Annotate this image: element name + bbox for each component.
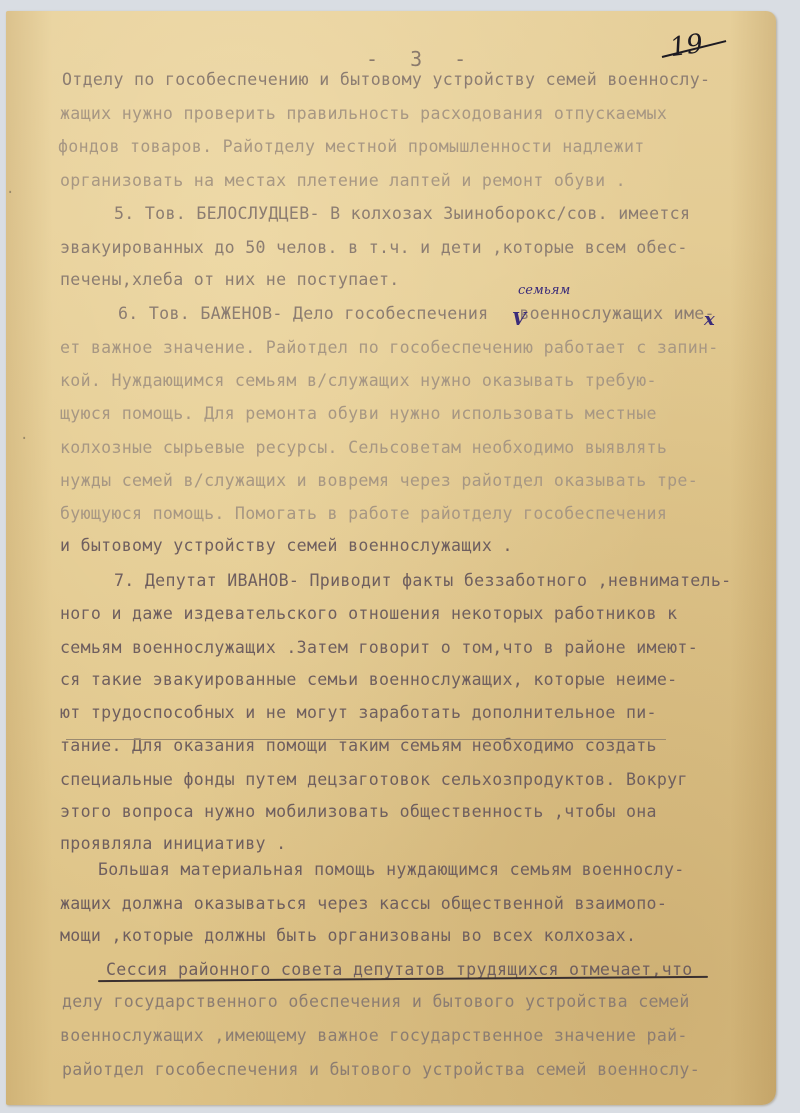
typed-line: военнослужащих ,имеющему важное государс… xyxy=(60,1026,688,1045)
document-page: 19 - 3 - Отделу по гособеспечению и быто… xyxy=(6,11,776,1105)
correction-mark: х xyxy=(704,309,715,330)
typed-line: фондов товаров. Райотделу местной промыш… xyxy=(58,137,645,156)
typed-line: семьям военнослужащих .Затем говорит о т… xyxy=(60,638,698,657)
typed-line: кой. Нуждающимся семьям в/служащих нужно… xyxy=(60,371,657,390)
typed-line: организовать на местах плетение лаптей и… xyxy=(60,171,626,190)
typed-line: специальные фонды путем децзаготовок сел… xyxy=(60,770,688,789)
insertion-caret-mark: V xyxy=(512,309,526,330)
typed-line: жащих нужно проверить правильность расхо… xyxy=(60,104,667,123)
typed-line: щуюся помощь. Для ремонта обуви нужно ис… xyxy=(60,404,657,423)
typed-line: райотдел гособеспечения и бытового устро… xyxy=(62,1060,700,1079)
typed-line: ет важное значение. Райотдел по гособесп… xyxy=(60,338,719,357)
typed-line: проявляла инициативу . xyxy=(60,834,286,853)
typed-line: ют трудоспособных и не могут заработать … xyxy=(60,703,657,722)
pencil-underline xyxy=(66,739,666,740)
typed-line: эвакуированных до 50 челов. в т.ч. и дет… xyxy=(60,238,688,257)
typed-line: 5. Тов. БЕЛОСЛУДЦЕВ- В колхозах Зыинобор… xyxy=(114,204,690,223)
page-number: - 3 - xyxy=(366,47,476,71)
typed-line: ного и даже издевательского отношения не… xyxy=(60,604,677,623)
typed-line: мощи ,которые должны быть организованы в… xyxy=(60,926,636,945)
margin-mark: · xyxy=(6,185,14,201)
typed-line: колхозные сырьевые ресурсы. Сельсоветам … xyxy=(60,438,667,457)
typed-line: Отделу по гособеспечению и бытовому устр… xyxy=(62,70,710,89)
typed-line: ся такие эвакуированные семьи военнослуж… xyxy=(60,670,677,689)
typed-line: и бытовому устройству семей военнослужащ… xyxy=(60,536,513,555)
typed-line: Большая материальная помощь нуждающимся … xyxy=(98,860,685,879)
typed-line: этого вопроса нужно мобилизовать обществ… xyxy=(60,802,657,821)
typed-line: 6. Тов. БАЖЕНОВ- Дело гособеспечения вое… xyxy=(118,304,715,323)
typed-line: жащих должна оказываться через кассы общ… xyxy=(60,894,667,913)
typed-line: бующуюся помощь. Помогать в работе райот… xyxy=(60,504,667,523)
typed-line: делу государственного обеспечения и быто… xyxy=(62,992,690,1011)
handwritten-insert: семьям xyxy=(518,283,570,298)
typed-line: печены,хлеба от них не поступает. xyxy=(60,270,400,289)
margin-mark: · xyxy=(20,431,28,447)
typed-line: нужды семей в/служащих и вовремя через р… xyxy=(60,471,698,490)
typed-line: 7. Депутат ИВАНОВ- Приводит факты беззаб… xyxy=(114,571,731,590)
